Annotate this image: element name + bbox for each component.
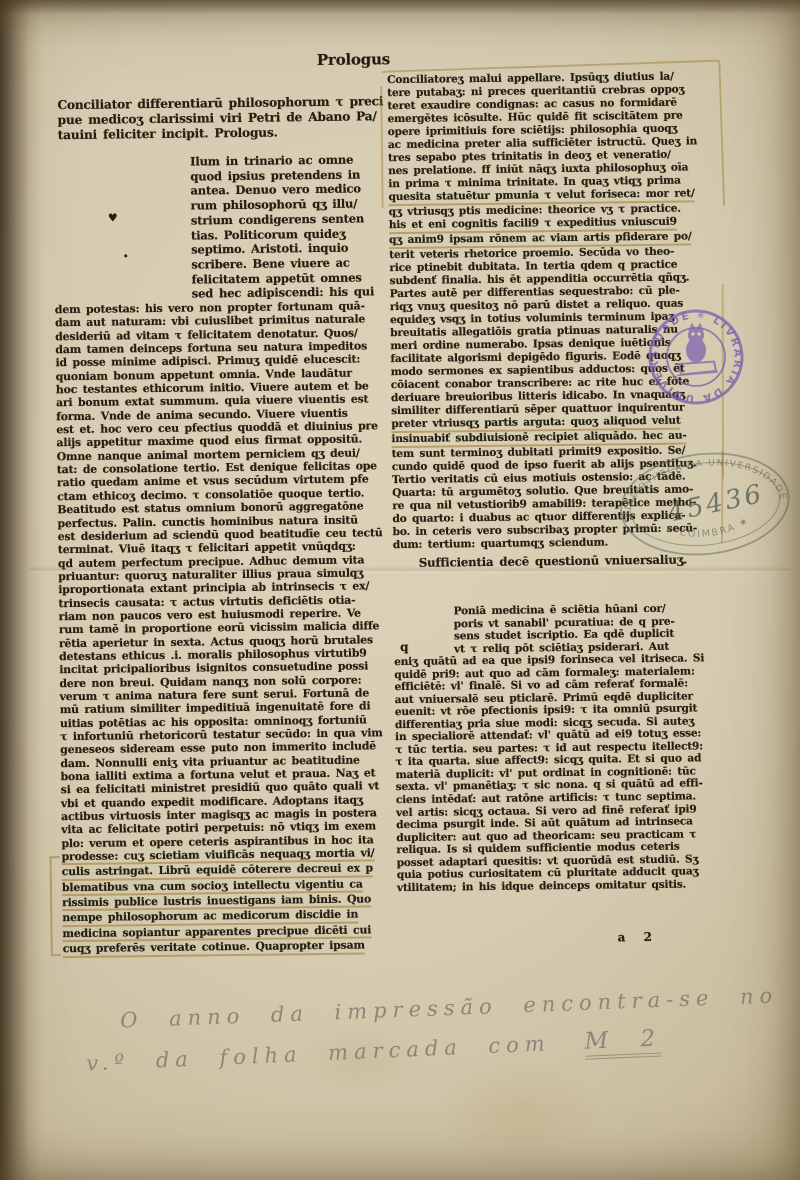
margin-guide-letter: q: [400, 640, 408, 654]
running-title: Prologus: [317, 50, 390, 69]
text-line: dum: tertium: quartumqʒ sciendum.: [393, 536, 608, 552]
ink-bracket-left-column-bottom: [50, 856, 61, 956]
text-line: Ilum in trinario ac omne: [190, 153, 353, 170]
scanned-book-page: Prologus Conciliator differentiarū philo…: [0, 0, 800, 1180]
ink-dot: [124, 254, 127, 257]
right-column-part2: eniʒ quātū ad ea que ipsi9 forinseca vel…: [394, 652, 707, 894]
text-line: vtilitatem; in his idque deinceps omitat…: [397, 878, 686, 894]
left-column-body: dem potestas: his vero non propter fortu…: [55, 299, 388, 957]
text-line: cuqʒ preferēs veritate cotinue. Quapropt…: [63, 939, 365, 958]
signature-mark: a 2: [618, 930, 658, 944]
hedera-leaf-mark: ♥: [108, 211, 118, 224]
oval-library-stamp: BIBLIOTHECA DA UNIVERSIDADE ★ COIMBRA ★ …: [609, 437, 800, 573]
handwritten-shelf-number: 45436: [664, 479, 767, 529]
left-column-opening-paragraph: Ilum in trinario ac omnequod ipsius pret…: [190, 152, 374, 301]
round-library-stamp: ✳ LIVRARIA DA UNIVERSIDADE: [626, 287, 766, 427]
incipit-heading: Conciliator differentiarū philosophorum …: [57, 94, 383, 144]
m2-quire-mark: M 2: [584, 1025, 662, 1059]
text-line: tauini feliciter incipit. Prologus.: [58, 126, 278, 144]
text-line: strium condigerens senten: [191, 211, 364, 228]
text-line: scribere. Bene viuere ac: [191, 256, 350, 273]
right-column-part2-indent: Poniā medicina ē sciētia hūani cor/poris…: [454, 603, 675, 656]
